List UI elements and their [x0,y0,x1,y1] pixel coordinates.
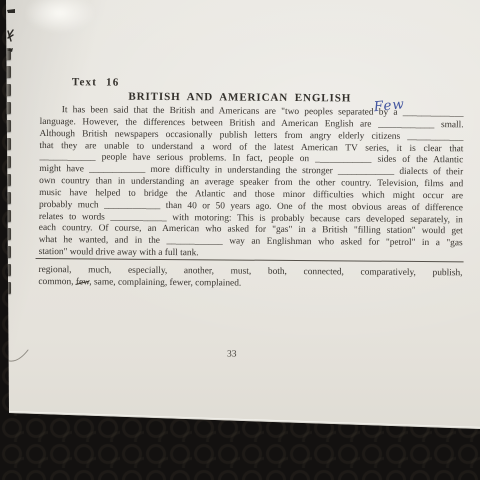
page-corner-curl [12,0,108,40]
binding-mark [1,156,11,168]
word-bank: regional, much, especially, another, mus… [38,264,462,292]
exercise-paragraph: It has been said that the British and Am… [39,105,464,262]
binding-mark [1,228,11,240]
word-bank-word: few, [76,277,92,290]
word-bank-word: complained. [195,279,241,289]
word-bank-word: common, [38,277,73,287]
binding-mark [1,138,11,150]
notebook-page: Text 16 BRITISH AND AMERICAN ENGLISH It … [0,0,480,480]
binding-mark [1,282,11,294]
binding-mark [1,174,11,186]
word-bank-word: both, [268,267,287,277]
word-bank-word: regional, [38,265,71,275]
handwritten-answer: Few [373,96,406,115]
page-number: 33 [38,348,426,361]
word-bank-word: publish, [433,268,463,278]
binding-mark [1,84,11,96]
binding-mark [1,192,11,204]
word-bank-word: comparatively, [361,268,416,278]
binding-mark [1,66,11,78]
binding-mark [1,210,11,222]
ink-scribble [0,4,24,60]
word-bank-word: complaining, [118,278,167,288]
page-content: Text 16 BRITISH AND AMERICAN ENGLISH It … [38,76,464,379]
binding-mark [1,246,11,258]
binding-mark [1,120,11,132]
binding-mark [1,102,11,114]
word-bank-word: connected, [304,267,344,277]
exercise-label: Text 16 [72,76,120,88]
word-bank-word: another, [184,266,214,276]
word-bank-word: much, [88,265,111,275]
page-bottom-edge [8,411,480,429]
word-bank-word: especially, [128,266,167,276]
photo-of-textbook-page: Text 16 BRITISH AND AMERICAN ENGLISH It … [0,0,480,480]
pencil-mark [0,340,40,370]
binding-mark [1,264,11,276]
word-bank-word: same, [94,278,116,288]
word-bank-word: fewer, [169,278,192,288]
word-bank-word: must, [231,267,252,277]
